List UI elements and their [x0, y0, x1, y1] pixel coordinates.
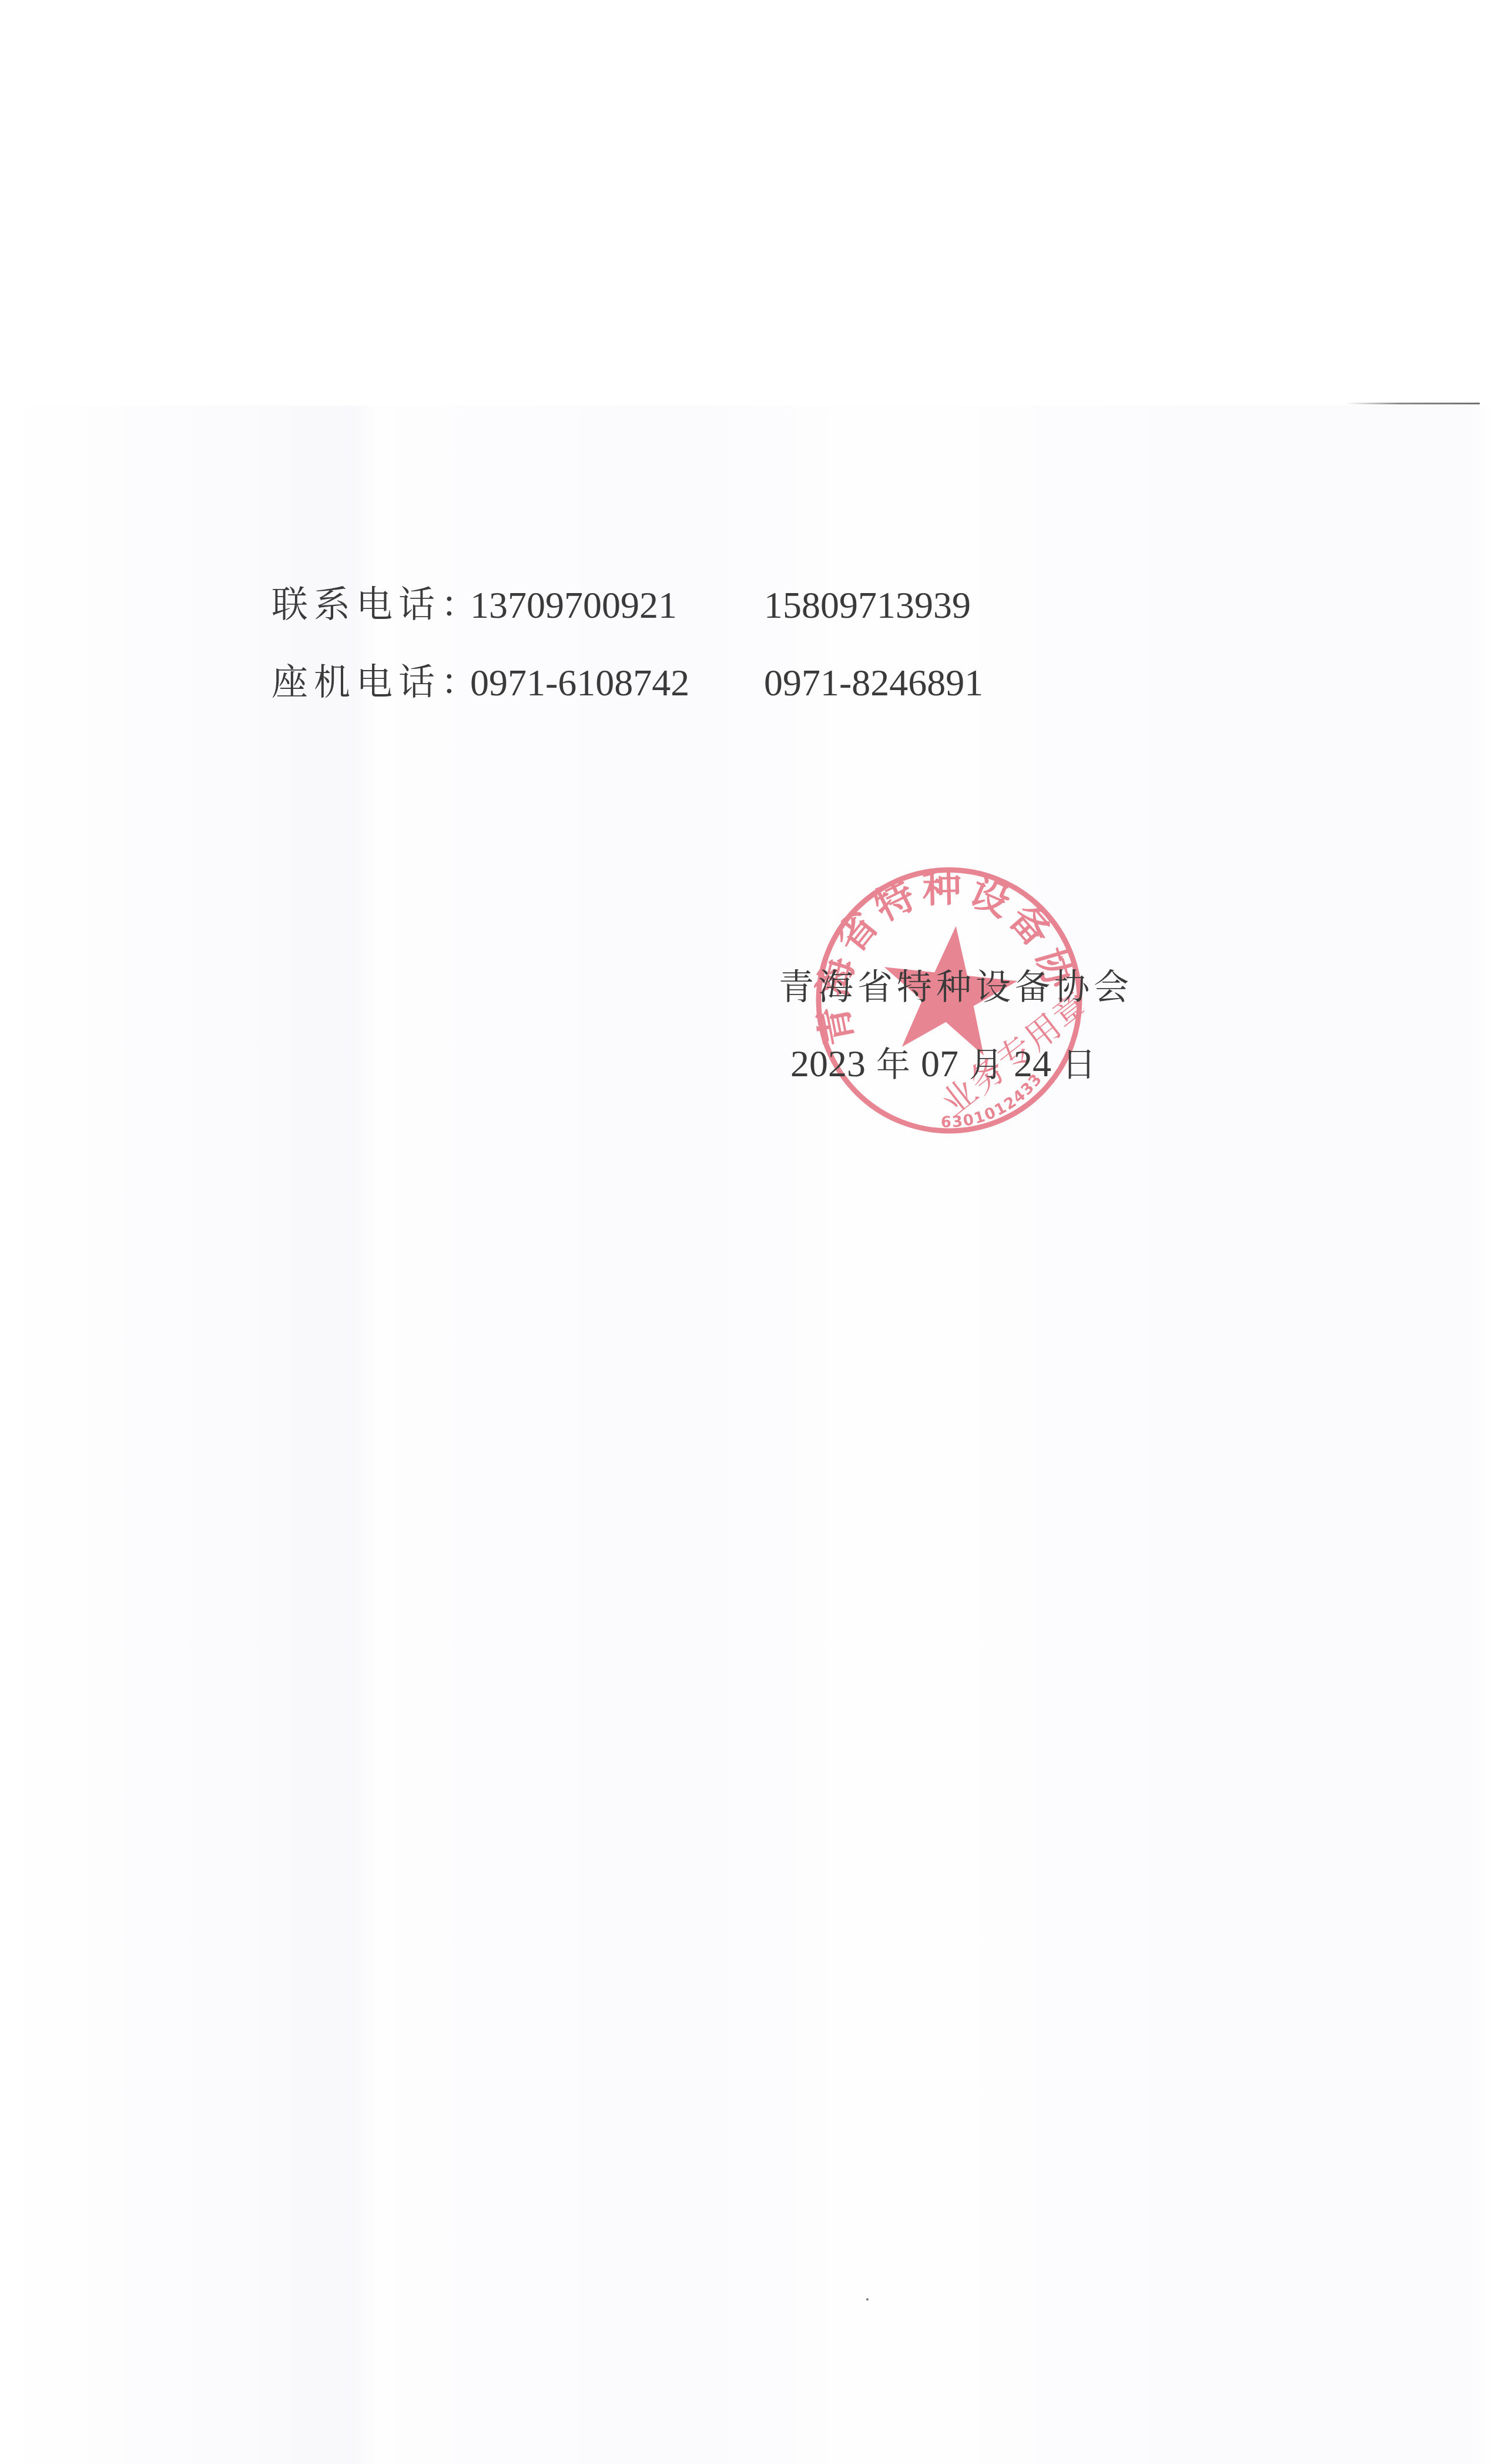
page-edge-line — [1346, 403, 1480, 404]
date-year: 2023 — [790, 1043, 866, 1084]
scan-background — [0, 406, 1495, 2464]
date-day: 24 — [1014, 1043, 1051, 1084]
contact-phone-line: 联系电话： 13709700921 15809713939 — [271, 587, 470, 623]
date-day-suffix: 日 — [1062, 1044, 1096, 1084]
date-year-suffix: 年 — [876, 1044, 910, 1084]
landline-phone-line: 座机电话： 0971-6108742 0971-8246891 — [271, 664, 470, 701]
scan-speck — [866, 2298, 869, 2301]
contact-phone-number-2: 15809713939 — [764, 587, 971, 624]
contact-phone-number-1: 13709700921 — [470, 587, 677, 624]
issue-date: 2023年07月24日 — [790, 1045, 1107, 1083]
landline-phone-number-1: 0971-6108742 — [470, 664, 689, 702]
date-month-suffix: 月 — [969, 1044, 1003, 1084]
contact-phone-label: 联系电话： — [271, 587, 470, 623]
landline-phone-label: 座机电话： — [271, 664, 470, 701]
date-month: 07 — [921, 1043, 958, 1084]
landline-phone-number-2: 0971-8246891 — [764, 664, 983, 702]
issuing-organization: 青海省特种设备协会 — [779, 970, 1133, 1005]
